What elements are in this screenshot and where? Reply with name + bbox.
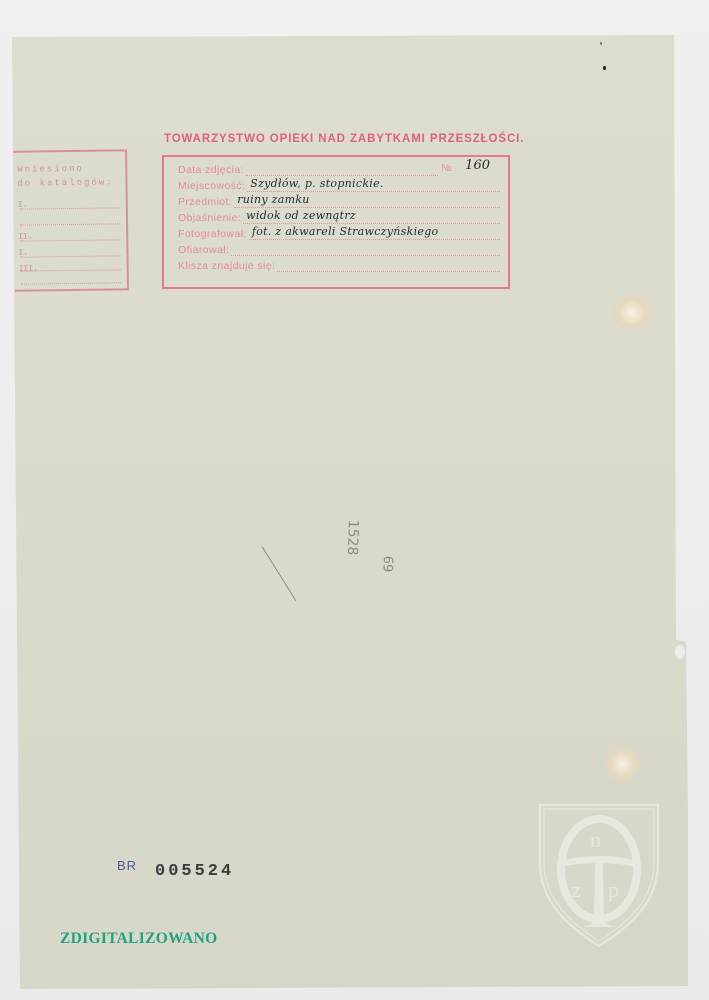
catalog-line [21,269,121,271]
glue-remnant [612,296,656,330]
speck [600,42,602,45]
field-label: Miejscowość: [178,180,245,192]
catalog-line [20,223,120,225]
catalog-stamp: Wniesiono do katalogów: I. II. I. III. [13,149,129,292]
field-label: Fotografował: [178,228,247,240]
field-label: Klisza znajduje się: [178,260,275,272]
number-label: № [441,163,452,174]
catalog-line-marker: III. [19,264,38,273]
catalog-line [21,255,121,257]
field-value-line: ruiny zamku [234,193,500,208]
svg-text:p: p [608,877,619,902]
field-row-description: Objaśnienie: widok od zewnątrz [178,209,500,224]
speck [603,66,606,70]
catalog-stamp-heading: Wniesiono do katalogów: [17,161,114,190]
svg-text:n: n [590,827,601,852]
field-value: Szydłów, p. stopnickie. [250,177,384,190]
field-row-date: Data zdjęcia: [178,161,438,176]
field-value-line: fot. z akwareli Strawczyńskiego [249,225,500,240]
field-value-line: Szydłów, p. stopnickie. [247,177,500,192]
field-row-negative-location: Klisza znajduje się: [178,257,500,272]
field-row-location: Miejscowość: Szydłów, p. stopnickie. [178,177,500,192]
catalog-stamp-heading-line: do katalogów: [17,175,113,190]
field-label: Przedmiot: [178,196,232,208]
inventory-number: 005524 [155,862,234,881]
field-row-photographer: Fotografował: fot. z akwareli Strawczyńs… [178,225,500,240]
field-value-line [231,241,500,256]
catalog-line [20,239,120,241]
field-label: Objaśnienie: [178,212,241,224]
digitized-stamp: ZDIGITALIZOWANO [60,930,218,948]
inventory-prefix: BR [117,858,137,873]
field-value-line [277,257,500,272]
society-stamp-box: Data zdjęcia: № 160 Miejscowość: Szydłów… [162,155,510,289]
field-value: ruiny zamku [237,193,310,206]
field-row-subject: Przedmiot: ruiny zamku [178,193,500,208]
svg-text:z: z [571,877,581,902]
pencil-note: 1528 [344,519,361,555]
field-label: Ofiarował: [178,244,229,256]
number-value: 160 [465,158,490,173]
field-row-donor: Ofiarował: [178,241,500,256]
shield-logo-icon: n z p [538,803,660,948]
society-stamp-title: TOWARZYSTWO OPIEKI NAD ZABYTKAMI PRZESZŁ… [164,133,510,145]
pencil-note: 69 [379,555,395,572]
field-value: widok od zewnątrz [246,209,356,222]
catalog-line [20,207,120,209]
catalog-stamp-heading-line: Wniesiono [17,161,113,176]
glue-remnant [606,746,642,782]
field-label: Data zdjęcia: [178,164,244,176]
catalog-line [21,282,121,284]
field-value-line [246,161,438,176]
field-value-line: widok od zewnątrz [243,209,500,224]
sheet-edge-notch [675,645,685,659]
field-value: fot. z akwareli Strawczyńskiego [252,225,439,238]
